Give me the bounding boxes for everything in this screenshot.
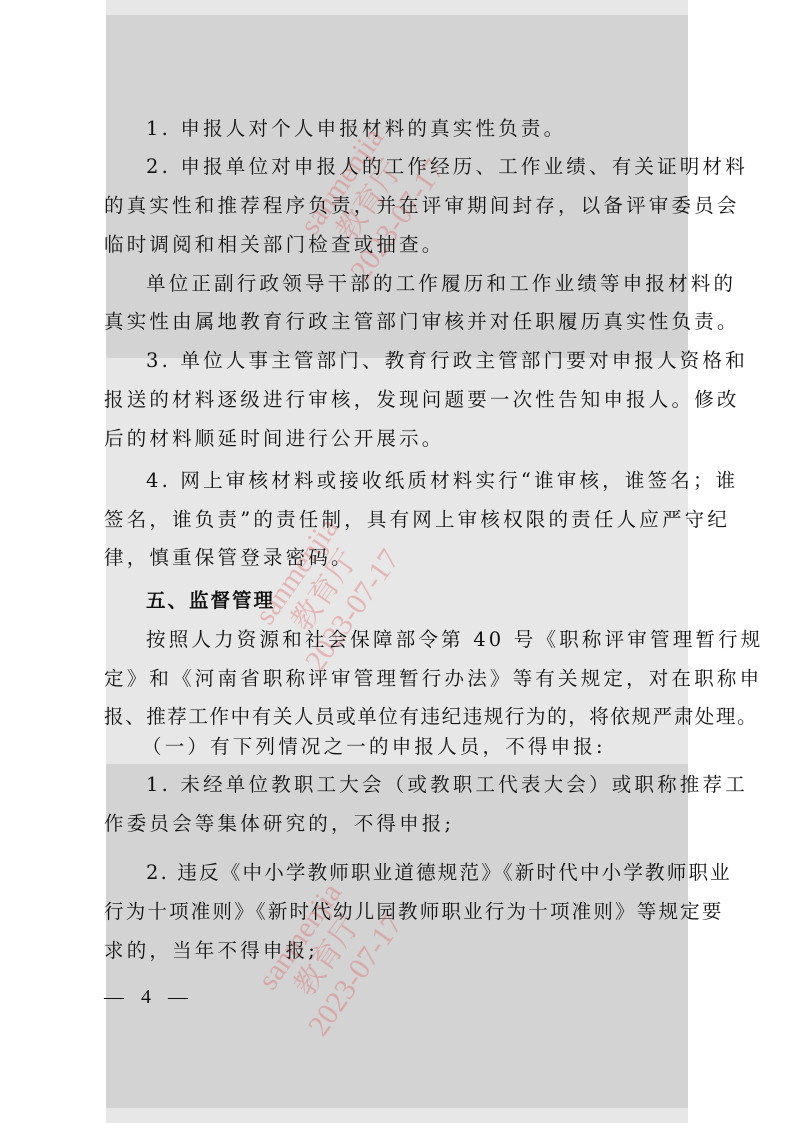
bottom-margin-band — [106, 1108, 688, 1123]
paragraph-line: 作委员会等集体研究的，不得申报; — [104, 809, 454, 839]
paragraph-line: 临时调阅和相关部门检查或抽查。 — [104, 230, 445, 260]
subsection-heading: （一）有下列情况之一的申报人员，不得申报: — [142, 732, 606, 762]
paragraph-line: 律，慎重保管登录密码。 — [104, 543, 354, 573]
paragraph-line: 签名，谁负责”的责任制，具有网上审核权限的责任人应严守纪 — [104, 505, 730, 535]
paragraph-line: 行为十项准则》《新时代幼儿园教师职业行为十项准则》等规定要 — [104, 897, 724, 927]
paragraph-line: 单位正副行政领导干部的工作履历和工作业绩等申报材料的 — [146, 269, 736, 299]
paragraph-line: 4. 网上审核材料或接收纸质材料实行“谁审核，谁签名；谁 — [146, 466, 738, 496]
paragraph-line: 2. 违反《中小学教师职业道德规范》《新时代中小学教师职业 — [146, 858, 732, 888]
paragraph-line: 报、推荐工作中有关人员或单位有违纪违规行为的，将依规严肃处理。 — [104, 702, 758, 732]
paragraph-line: 求的，当年不得申报; — [104, 936, 318, 966]
section-heading: 五、监督管理 — [146, 586, 275, 616]
page-number: — 4 — — [104, 986, 194, 1009]
paragraph-line: 定》和《河南省职称评审管理暂行办法》等有关规定，对在职称申 — [104, 664, 762, 694]
paragraph-line: 真实性由属地教育行政主管部门审核并对任职履历真实性负责。 — [104, 307, 740, 337]
paragraph-line: 按照人力资源和社会保障部令第 40 号《职称评审管理暂行规 — [146, 625, 764, 655]
paragraph-line: 后的材料顺延时间进行公开展示。 — [104, 424, 445, 454]
paragraph-line: 2. 申报单位对申报人的工作经历、工作业绩、有关证明材料 — [146, 152, 748, 182]
paragraph-line: 3. 单位人事主管部门、教育行政主管部门要对申报人资格和 — [146, 346, 748, 376]
top-margin-band — [106, 0, 688, 15]
paragraph-line: 1. 未经单位教职工大会（或教职工代表大会）或职称推荐工 — [146, 770, 748, 800]
paragraph-line: 的真实性和推荐程序负责，并在评审期间封存，以备评审委员会 — [104, 191, 740, 221]
paragraph-line: 报送的材料逐级进行审核，发现问题要一次性告知申报人。修改 — [104, 385, 740, 415]
paragraph-line: 1. 申报人对个人申报材料的真实性负责。 — [146, 114, 566, 144]
